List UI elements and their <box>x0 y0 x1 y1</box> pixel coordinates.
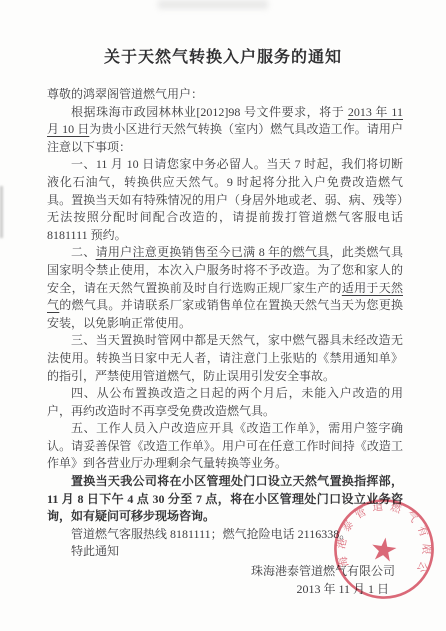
notice-item-2: 二、请用户注意更换销售至今已满 8 年的燃气具，此类燃气具国家明令禁止使用，本次… <box>47 244 403 332</box>
notice-document-page: 关于天然气转换入户服务的通知 尊敬的鸿翠阁管道燃气用户： 根据珠海市政园林林业[… <box>0 0 446 631</box>
notice-item-5: 五、工作人员入户改造应开具《改造工作单》，需用户签字确认。请妥善保管《改造工作单… <box>47 420 403 473</box>
scan-artifact-left-edge <box>0 186 3 238</box>
text-run: 为贵小区进行天然气转换（室内）燃气具改造工作。请用户注意以下事项： <box>47 122 403 154</box>
document-title: 关于天然气转换入户服务的通知 <box>0 0 446 67</box>
closing-line: 特此通知 <box>47 543 403 561</box>
hotline-line: 管道燃气客服热线 8181111；燃气抢险电话 2116338。 <box>47 526 403 544</box>
signature-date: 2013 年 11 月 1 日 <box>47 581 403 599</box>
scan-artifact-top <box>158 0 268 9</box>
intro-paragraph: 根据珠海市政园林林业[2012]98 号文件要求，将于 2013 年 11 月 … <box>47 104 403 157</box>
text-run: 二、 <box>71 245 96 259</box>
underlined-old-appliance-warning: 请用户注意更换销售至今已满 8 年的燃气具 <box>96 245 330 259</box>
text-run: 根据珠海市政园林林业[2012]98 号文件要求，将于 <box>71 105 348 119</box>
text-run: 的燃气具。并请联系厂家或销售单位在置换天然气当天为您更换安装，以免影响正常使用。 <box>47 298 403 330</box>
notice-item-1: 一、11 月 10 日请您家中务必留人。当天 7 时起，我们将切断液化石油气，转… <box>47 156 403 244</box>
command-post-paragraph: 置换当天我公司将在小区管理处门口设立天然气置换指挥部，11 月 8 日下午 4 … <box>47 473 403 526</box>
notice-item-3: 三、当天置换时管网中都是天然气，家中燃气器具未经改造无法使用。转换当日家中无人者… <box>47 332 403 385</box>
signature-block: 珠海港泰管道燃气有限公司 2013 年 11 月 1 日 <box>47 563 403 598</box>
notice-item-4: 四、从公布置换改造之日起的两个月后，未能入户改造的用户，再约改造时不再享受免费改… <box>47 385 403 420</box>
greeting-line: 尊敬的鸿翠阁管道燃气用户： <box>47 86 403 104</box>
document-body: 尊敬的鸿翠阁管道燃气用户： 根据珠海市政园林林业[2012]98 号文件要求，将… <box>47 86 403 598</box>
signature-company: 珠海港泰管道燃气有限公司 <box>47 563 403 581</box>
